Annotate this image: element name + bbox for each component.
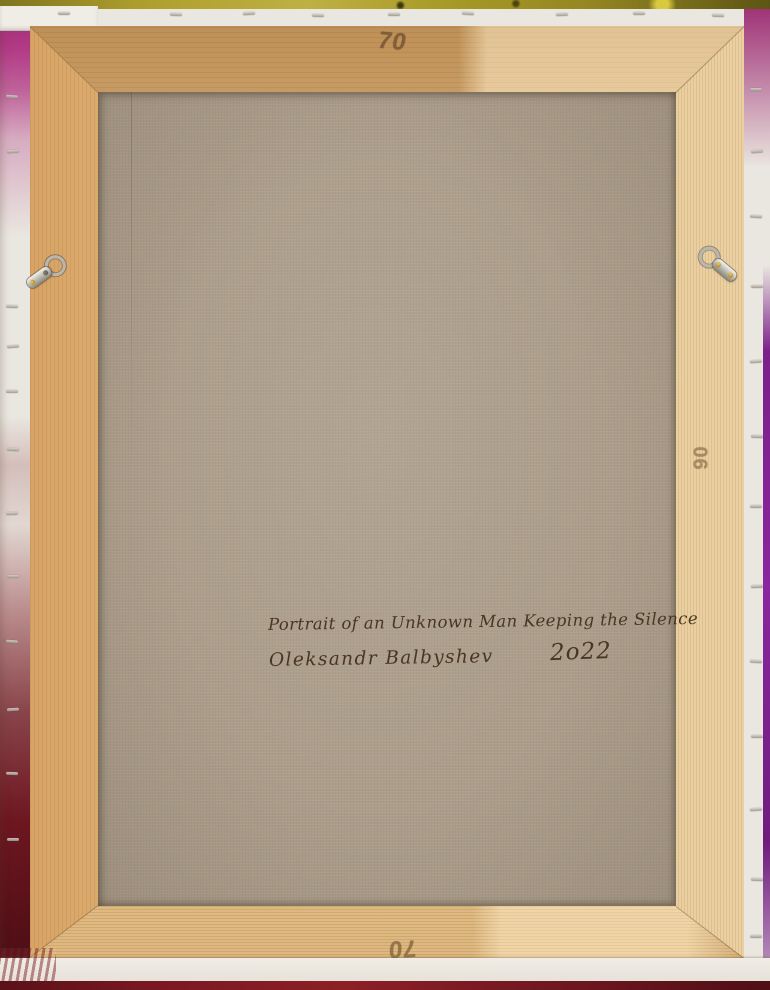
- staple: [6, 305, 18, 308]
- screw-icon: [727, 272, 734, 279]
- linen-weave-seam: [131, 92, 132, 466]
- staple: [6, 772, 18, 775]
- staple: [751, 878, 763, 881]
- staple: [750, 808, 762, 812]
- staple: [750, 505, 762, 508]
- canvas-edge-purple-strip: [763, 265, 770, 987]
- staple: [712, 14, 724, 17]
- staple: [751, 285, 763, 288]
- staple: [556, 13, 568, 16]
- size-stamp-right: 90: [691, 445, 714, 469]
- size-stamp-top: 70: [375, 27, 410, 57]
- staple: [462, 12, 474, 16]
- canvas-back-surface: Portrait of an Unknown Man Keeping the S…: [98, 92, 676, 906]
- canvas-edge-left-paint: [0, 0, 30, 990]
- staple: [7, 575, 19, 578]
- inscription-title: Portrait of an Unknown Man Keeping the S…: [268, 609, 698, 634]
- staple: [751, 435, 763, 438]
- staple: [312, 14, 324, 17]
- screw-icon: [29, 279, 36, 286]
- staple: [7, 708, 19, 712]
- staple: [388, 13, 400, 16]
- staple: [243, 12, 255, 16]
- staple: [7, 838, 19, 841]
- canvas-back-photo: 70 90 70 Portrait of an Unknown Man Keep…: [0, 0, 770, 990]
- inscription-artist: Oleksandr Balbyshev: [269, 646, 494, 671]
- screw-icon: [715, 261, 722, 268]
- staple: [750, 360, 762, 364]
- staple: [6, 512, 18, 515]
- inscription-year: 2o22: [550, 638, 613, 666]
- canvas-edge-bottom: [0, 958, 770, 982]
- staple: [7, 150, 19, 154]
- staple: [750, 935, 762, 938]
- staple: [750, 215, 762, 219]
- staple: [633, 12, 645, 15]
- canvas-edge-top-paint: [0, 0, 770, 9]
- staple: [751, 735, 763, 738]
- screw-icon: [42, 269, 49, 276]
- staple: [750, 88, 762, 91]
- staple: [7, 448, 19, 452]
- staple: [751, 585, 763, 588]
- canvas-edge-bottom-paint: [0, 981, 770, 990]
- staple: [750, 660, 762, 664]
- staple: [6, 390, 18, 393]
- staple: [58, 12, 70, 15]
- staple: [170, 13, 182, 16]
